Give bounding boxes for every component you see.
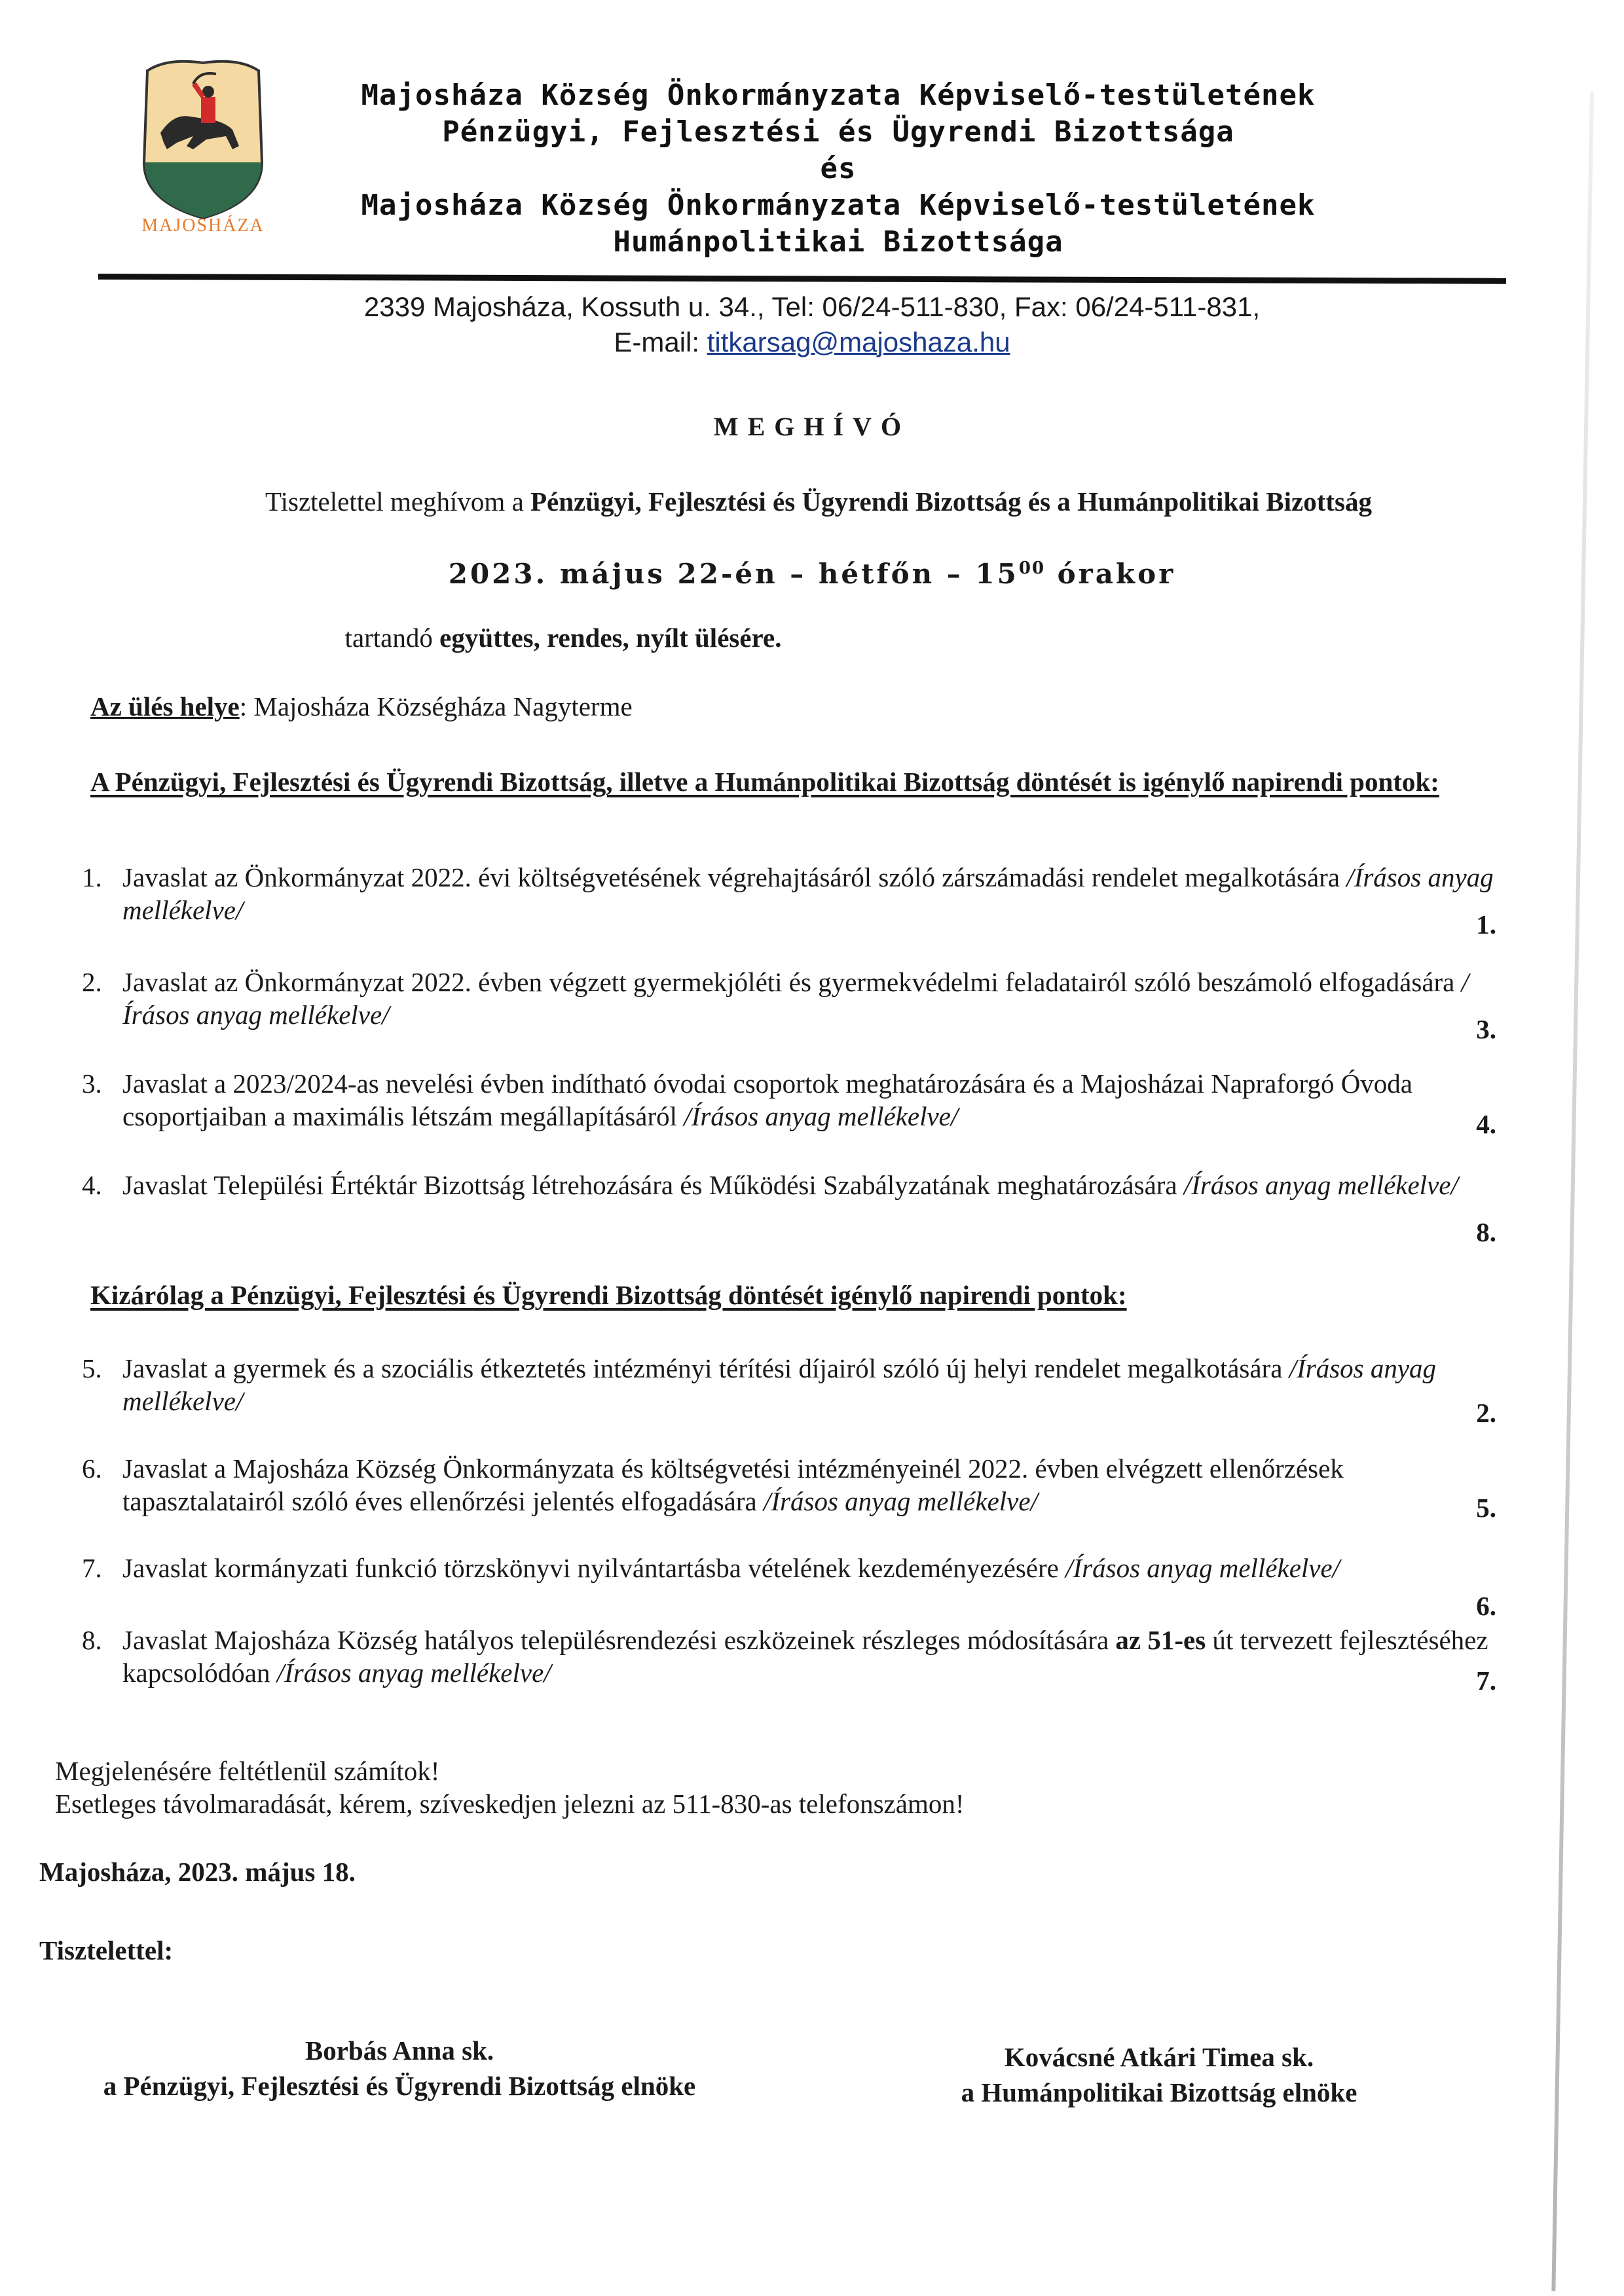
agenda-item-text: Javaslat Majosháza Község hatályos telep… xyxy=(122,1625,1115,1655)
agenda-section-heading: Kizárólag a Pénzügyi, Fejlesztési és Ügy… xyxy=(90,1278,1524,1312)
intro-connector: és a xyxy=(1022,486,1077,517)
email-link[interactable]: titkarsag@majoshaza.hu xyxy=(707,327,1010,357)
signature-block: Kovácsné Atkári Timea sk. a Humánpolitik… xyxy=(910,2039,1408,2110)
email-label: E-mail: xyxy=(614,327,707,357)
agenda-item-text: Javaslat az Önkormányzat 2022. évi költs… xyxy=(122,862,1346,892)
page-reference: 3. xyxy=(1476,1013,1496,1046)
page-reference: 2. xyxy=(1476,1396,1496,1429)
municipal-crest-logo: MAJOSHÁZA xyxy=(128,51,278,234)
agenda-item-number: 5. xyxy=(82,1352,121,1385)
attachment-note: /Írásos anyag mellékelve/ xyxy=(684,1101,958,1131)
agenda-item-text: Javaslat a Majosháza Község Önkormányzat… xyxy=(122,1453,1344,1516)
page-reference: 8. xyxy=(1476,1216,1496,1248)
location-label: Az ülés helye xyxy=(90,691,240,721)
meeting-datetime: 2023. május 22-én – hétfőn – 1500 órakor xyxy=(0,558,1624,590)
letterhead-line: Humánpolitikai Bizottsága xyxy=(282,224,1395,261)
attachment-note: /Írásos anyag mellékelve/ xyxy=(277,1658,551,1688)
signature-block: Borbás Anna sk. a Pénzügyi, Fejlesztési … xyxy=(39,2033,760,2104)
letterhead-line: és xyxy=(282,151,1395,187)
agenda-item: 3. Javaslat a 2023/2024-as nevelési évbe… xyxy=(82,1067,1513,1133)
agenda-item-text: Javaslat kormányzati funkció törzskönyvi… xyxy=(122,1553,1065,1583)
meeting-time-suffix: órakor xyxy=(1045,558,1175,590)
agenda-item: 2. Javaslat az Önkormányzat 2022. évben … xyxy=(82,966,1513,1031)
email-line: E-mail: titkarsag@majoshaza.hu xyxy=(131,325,1493,360)
agenda-item: 5. Javaslat a gyermek és a szociális étk… xyxy=(82,1352,1513,1417)
page-reference: 1. xyxy=(1476,908,1496,941)
meeting-type-bold: együttes, rendes, nyílt ülésére. xyxy=(439,623,781,653)
svg-text:MAJOSHÁZA: MAJOSHÁZA xyxy=(141,215,265,234)
letterhead-line: Pénzügyi, Fejlesztési és Ügyrendi Bizott… xyxy=(282,114,1395,151)
place-and-date: Majosháza, 2023. május 18. xyxy=(39,1856,356,1887)
attachment-note: /Írásos anyag mellékelve/ xyxy=(764,1486,1038,1516)
agenda-item: 8. Javaslat Majosháza Község hatályos te… xyxy=(82,1624,1513,1689)
agenda-item: 4. Javaslat Települési Értéktár Bizottsá… xyxy=(82,1169,1513,1201)
agenda-item-number: 8. xyxy=(82,1624,121,1656)
header-divider xyxy=(98,274,1506,284)
agenda-item-number: 7. xyxy=(82,1552,121,1584)
agenda-item: 7. Javaslat kormányzati funkció törzskön… xyxy=(82,1552,1513,1584)
meeting-location: Az ülés helye: Majosháza Községháza Nagy… xyxy=(90,691,633,722)
attachment-note: /Írásos anyag mellékelve/ xyxy=(1065,1553,1340,1583)
intro-prefix: Tisztelettel meghívom a xyxy=(265,486,530,517)
committee-name-1: Pénzügyi, Fejlesztési és Ügyrendi Bizott… xyxy=(530,486,1022,517)
page-reference: 6. xyxy=(1476,1590,1496,1622)
meeting-type-prefix: tartandó xyxy=(345,623,440,653)
agenda-section-heading: A Pénzügyi, Fejlesztési és Ügyrendi Bizo… xyxy=(90,765,1524,799)
agenda-item: 1. Javaslat az Önkormányzat 2022. évi kö… xyxy=(82,861,1513,926)
location-value: : Majosháza Községháza Nagyterme xyxy=(240,691,633,721)
page-reference: 7. xyxy=(1476,1664,1496,1697)
crest-shield-icon: MAJOSHÁZA xyxy=(128,51,278,234)
closing-line-1: Megjelenésére feltétlenül számítok! xyxy=(55,1755,965,1787)
signatory-role: a Humánpolitikai Bizottság elnöke xyxy=(910,2075,1408,2110)
page-reference: 4. xyxy=(1476,1108,1496,1140)
closing-remarks: Megjelenésére feltétlenül számítok! Eset… xyxy=(55,1755,965,1820)
agenda-item-number: 4. xyxy=(82,1169,121,1201)
agenda-item-number: 6. xyxy=(82,1452,121,1485)
closing-line-2: Esetleges távolmaradását, kérem, szívesk… xyxy=(55,1787,965,1820)
regards: Tisztelettel: xyxy=(39,1935,173,1966)
meeting-time-minutes: 00 xyxy=(1019,558,1045,578)
committee-name-2: Humánpolitikai Bizottság xyxy=(1077,486,1372,517)
agenda-item: 6. Javaslat a Majosháza Község Önkormány… xyxy=(82,1452,1513,1518)
agenda-item-number: 2. xyxy=(82,966,121,998)
agenda-item-text: Javaslat a gyermek és a szociális étkezt… xyxy=(122,1353,1289,1383)
letterhead-line: Majosháza Község Önkormányzata Képviselő… xyxy=(282,77,1395,114)
attachment-note: /Írásos anyag mellékelve/ xyxy=(1184,1170,1458,1200)
document-title: MEGHÍVÓ xyxy=(0,411,1624,442)
contact-block: 2339 Majosháza, Kossuth u. 34., Tel: 06/… xyxy=(131,289,1493,360)
page-reference: 5. xyxy=(1476,1491,1496,1524)
agenda-item-number: 1. xyxy=(82,861,121,894)
agenda-item-text: Javaslat az Önkormányzat 2022. évben vég… xyxy=(122,967,1462,997)
signatory-role: a Pénzügyi, Fejlesztési és Ügyrendi Bizo… xyxy=(39,2068,760,2104)
meeting-date: 2023. május 22-én – hétfőn – 15 xyxy=(449,558,1019,590)
meeting-type: tartandó együttes, rendes, nyílt ülésére… xyxy=(0,622,1126,653)
address-line: 2339 Majosháza, Kossuth u. 34., Tel: 06/… xyxy=(131,289,1493,325)
agenda-item-text-bold: az 51-es xyxy=(1115,1625,1206,1655)
invitation-intro: Tisztelettel meghívom a Pénzügyi, Fejles… xyxy=(98,484,1539,519)
signatory-name: Borbás Anna sk. xyxy=(39,2033,760,2068)
letterhead-line: Majosháza Község Önkormányzata Képviselő… xyxy=(282,187,1395,224)
letterhead: Majosháza Község Önkormányzata Képviselő… xyxy=(282,77,1395,261)
signatory-name: Kovácsné Atkári Timea sk. xyxy=(910,2039,1408,2075)
agenda-item-text: Javaslat Települési Értéktár Bizottság l… xyxy=(122,1170,1184,1200)
agenda-item-number: 3. xyxy=(82,1067,121,1100)
